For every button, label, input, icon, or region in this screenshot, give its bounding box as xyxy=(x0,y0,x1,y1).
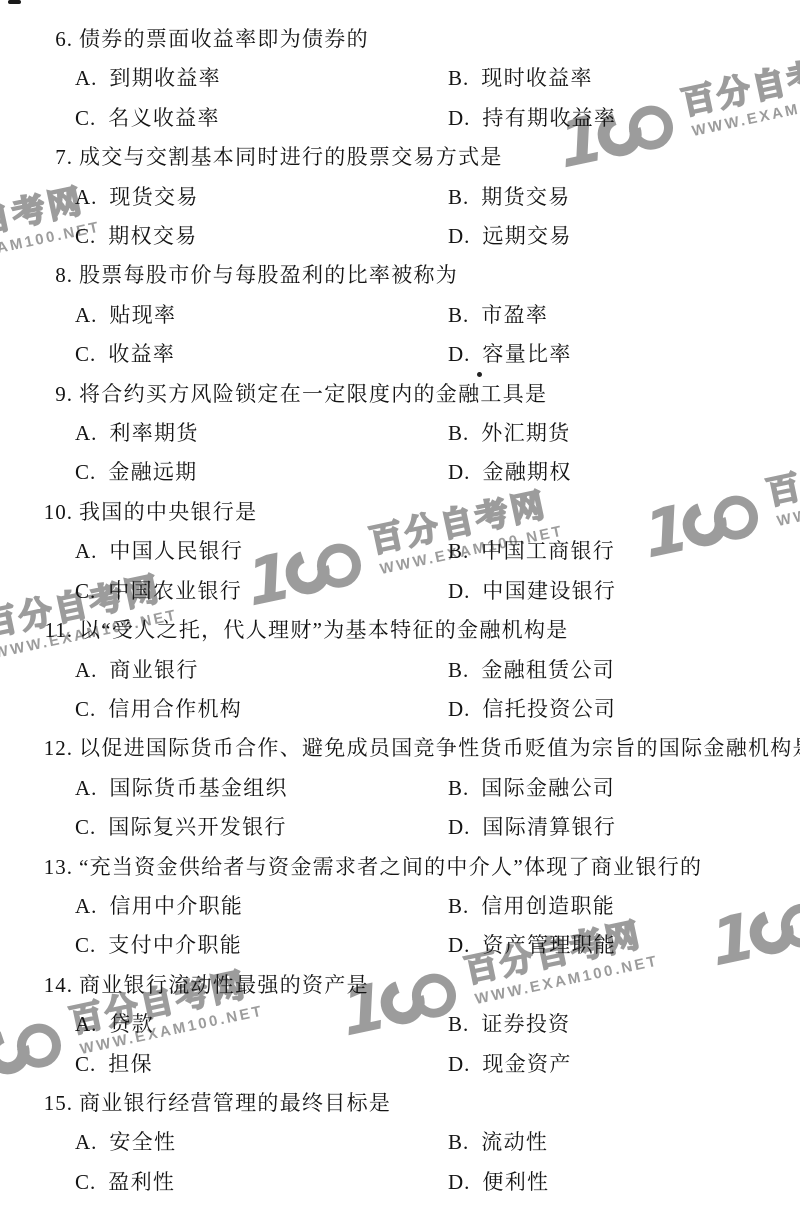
option-d: D. 便利性 xyxy=(448,1171,549,1194)
option-text: 金融期权 xyxy=(482,461,571,484)
question-stem: 以促进国际货币合作、避免成员国竞争性货币贬值为宗旨的国际金融机构是 xyxy=(79,737,800,760)
question-number: 11. xyxy=(35,619,73,642)
option-label: A. xyxy=(75,67,97,90)
option-label: A. xyxy=(75,659,97,682)
options-row-cd: C. 金融远期 D. 金融期权 xyxy=(35,461,800,484)
option-label: D. xyxy=(448,225,470,248)
option-text: 证券投资 xyxy=(481,1013,570,1036)
scan-artifact-dot xyxy=(477,372,482,377)
option-label: C. xyxy=(75,1053,96,1076)
option-d: D. 资产管理职能 xyxy=(448,934,616,957)
option-text: 贷款 xyxy=(109,1013,154,1036)
options-row-ab: A. 信用中介职能 B. 信用创造职能 xyxy=(35,895,800,918)
option-text: 信用中介职能 xyxy=(109,895,243,918)
options-row-ab: A. 中国人民银行 B. 中国工商银行 xyxy=(35,540,800,563)
options-row-cd: C. 盈利性 D. 便利性 xyxy=(35,1171,800,1194)
option-d: D. 持有期收益率 xyxy=(448,107,616,130)
question-stem: “充当资金供给者与资金需求者之间的中介人”体现了商业银行的 xyxy=(79,856,702,879)
option-b: B. 信用创造职能 xyxy=(448,895,615,918)
option-label: B. xyxy=(448,67,469,90)
question-stem: 以“受人之托，代人理财”为基本特征的金融机构是 xyxy=(79,619,569,642)
option-text: 现货交易 xyxy=(109,186,198,209)
option-a: A. 中国人民银行 xyxy=(75,540,448,563)
option-c: C. 盈利性 xyxy=(75,1171,448,1194)
option-text: 名义收益率 xyxy=(108,107,220,130)
option-text: 远期交易 xyxy=(482,225,571,248)
option-text: 到期收益率 xyxy=(109,67,221,90)
option-c: C. 中国农业银行 xyxy=(75,580,448,603)
option-b: B. 市盈率 xyxy=(448,304,548,327)
option-label: D. xyxy=(448,816,470,839)
option-label: D. xyxy=(448,1053,470,1076)
option-text: 支付中介职能 xyxy=(108,934,242,957)
question-number: 7. xyxy=(35,146,73,169)
question-stem-row: 10. 我国的中央银行是 xyxy=(35,501,800,524)
option-a: A. 到期收益率 xyxy=(75,67,448,90)
options-row-cd: C. 期权交易 D. 远期交易 xyxy=(35,225,800,248)
option-a: A. 贴现率 xyxy=(75,304,448,327)
option-label: C. xyxy=(75,934,96,957)
question-stem: 将合约买方风险锁定在一定限度内的金融工具是 xyxy=(79,383,547,406)
question-number: 8. xyxy=(35,264,73,287)
option-label: B. xyxy=(448,1131,469,1154)
exam-page: { "page": { "background": "#ffffff", "te… xyxy=(0,0,800,1215)
option-c: C. 国际复兴开发银行 xyxy=(75,816,448,839)
option-label: B. xyxy=(448,422,469,445)
question-number: 10. xyxy=(35,501,73,524)
option-label: D. xyxy=(448,107,470,130)
options-row-cd: C. 信用合作机构 D. 信托投资公司 xyxy=(35,698,800,721)
options-row-cd: C. 担保 D. 现金资产 xyxy=(35,1053,800,1076)
option-b: B. 金融租赁公司 xyxy=(448,659,615,682)
option-d: D. 远期交易 xyxy=(448,225,572,248)
question-block: 10. 我国的中央银行是 A. 中国人民银行 B. 中国工商银行 C. 中国农业… xyxy=(35,501,800,603)
option-text: 期权交易 xyxy=(108,225,197,248)
question-number: 14. xyxy=(35,974,73,997)
option-text: 便利性 xyxy=(482,1171,549,1194)
options-row-ab: A. 现货交易 B. 期货交易 xyxy=(35,186,800,209)
question-block: 8. 股票每股市价与每股盈利的比率被称为 A. 贴现率 B. 市盈率 C. 收益… xyxy=(35,264,800,366)
option-c: C. 收益率 xyxy=(75,343,448,366)
option-label: C. xyxy=(75,698,96,721)
option-label: D. xyxy=(448,461,470,484)
question-stem: 股票每股市价与每股盈利的比率被称为 xyxy=(79,264,458,287)
options-row-cd: C. 名义收益率 D. 持有期收益率 xyxy=(35,107,800,130)
option-d: D. 现金资产 xyxy=(448,1053,572,1076)
option-label: C. xyxy=(75,343,96,366)
option-label: B. xyxy=(448,186,469,209)
option-b: B. 流动性 xyxy=(448,1131,548,1154)
option-b: B. 国际金融公司 xyxy=(448,777,615,800)
option-c: C. 金融远期 xyxy=(75,461,448,484)
option-label: A. xyxy=(75,422,97,445)
option-text: 流动性 xyxy=(481,1131,548,1154)
option-label: B. xyxy=(448,659,469,682)
option-text: 信用合作机构 xyxy=(108,698,242,721)
option-text: 担保 xyxy=(108,1053,153,1076)
option-label: B. xyxy=(448,777,469,800)
scan-artifact-dash xyxy=(8,0,21,4)
option-text: 期货交易 xyxy=(481,186,570,209)
option-text: 国际清算银行 xyxy=(482,816,616,839)
option-b: B. 期货交易 xyxy=(448,186,570,209)
question-number: 15. xyxy=(35,1092,73,1115)
option-text: 收益率 xyxy=(108,343,175,366)
option-label: A. xyxy=(75,777,97,800)
question-number: 13. xyxy=(35,856,73,879)
question-block: 6. 债券的票面收益率即为债券的 A. 到期收益率 B. 现时收益率 C. 名义… xyxy=(35,28,800,130)
option-label: C. xyxy=(75,1171,96,1194)
question-block: 15. 商业银行经营管理的最终目标是 A. 安全性 B. 流动性 C. 盈利性 … xyxy=(35,1092,800,1194)
question-block: 7. 成交与交割基本同时进行的股票交易方式是 A. 现货交易 B. 期货交易 C… xyxy=(35,146,800,248)
option-text: 国际复兴开发银行 xyxy=(108,816,286,839)
question-stem: 商业银行经营管理的最终目标是 xyxy=(79,1092,391,1115)
option-text: 中国建设银行 xyxy=(482,580,616,603)
option-a: A. 安全性 xyxy=(75,1131,448,1154)
options-row-ab: A. 到期收益率 B. 现时收益率 xyxy=(35,67,800,90)
option-label: D. xyxy=(448,1171,470,1194)
option-label: C. xyxy=(75,580,96,603)
option-d: D. 国际清算银行 xyxy=(448,816,616,839)
options-row-ab: A. 国际货币基金组织 B. 国际金融公司 xyxy=(35,777,800,800)
option-label: D. xyxy=(448,698,470,721)
option-a: A. 利率期货 xyxy=(75,422,448,445)
question-stem-row: 13. “充当资金供给者与资金需求者之间的中介人”体现了商业银行的 xyxy=(35,856,800,879)
options-row-cd: C. 国际复兴开发银行 D. 国际清算银行 xyxy=(35,816,800,839)
option-text: 信用创造职能 xyxy=(481,895,615,918)
option-label: D. xyxy=(448,580,470,603)
option-label: C. xyxy=(75,461,96,484)
option-c: C. 信用合作机构 xyxy=(75,698,448,721)
option-text: 市盈率 xyxy=(481,304,548,327)
option-text: 中国人民银行 xyxy=(109,540,243,563)
option-a: A. 国际货币基金组织 xyxy=(75,777,448,800)
question-stem-row: 9. 将合约买方风险锁定在一定限度内的金融工具是 xyxy=(35,383,800,406)
option-text: 持有期收益率 xyxy=(482,107,616,130)
option-d: D. 信托投资公司 xyxy=(448,698,616,721)
question-list: 6. 债券的票面收益率即为债券的 A. 到期收益率 B. 现时收益率 C. 名义… xyxy=(0,0,800,1215)
option-label: A. xyxy=(75,1131,97,1154)
option-label: A. xyxy=(75,186,97,209)
option-text: 盈利性 xyxy=(108,1171,175,1194)
option-text: 金融租赁公司 xyxy=(481,659,615,682)
option-label: C. xyxy=(75,816,96,839)
options-row-ab: A. 贷款 B. 证券投资 xyxy=(35,1013,800,1036)
question-block: 13. “充当资金供给者与资金需求者之间的中介人”体现了商业银行的 A. 信用中… xyxy=(35,856,800,958)
question-block: 14. 商业银行流动性最强的资产是 A. 贷款 B. 证券投资 C. 担保 D.… xyxy=(35,974,800,1076)
question-stem-row: 8. 股票每股市价与每股盈利的比率被称为 xyxy=(35,264,800,287)
option-text: 外汇期货 xyxy=(481,422,570,445)
option-label: A. xyxy=(75,540,97,563)
option-a: A. 商业银行 xyxy=(75,659,448,682)
question-number: 6. xyxy=(35,28,73,51)
option-label: B. xyxy=(448,304,469,327)
option-label: D. xyxy=(448,343,470,366)
option-label: D. xyxy=(448,934,470,957)
option-label: A. xyxy=(75,895,97,918)
option-text: 信托投资公司 xyxy=(482,698,616,721)
option-label: B. xyxy=(448,895,469,918)
option-text: 容量比率 xyxy=(482,343,571,366)
question-stem: 商业银行流动性最强的资产是 xyxy=(79,974,369,997)
option-text: 资产管理职能 xyxy=(482,934,616,957)
question-stem-row: 7. 成交与交割基本同时进行的股票交易方式是 xyxy=(35,146,800,169)
option-label: B. xyxy=(448,540,469,563)
option-text: 利率期货 xyxy=(109,422,198,445)
option-text: 商业银行 xyxy=(109,659,198,682)
options-row-cd: C. 中国农业银行 D. 中国建设银行 xyxy=(35,580,800,603)
question-stem: 成交与交割基本同时进行的股票交易方式是 xyxy=(79,146,503,169)
option-text: 中国工商银行 xyxy=(481,540,615,563)
option-text: 国际金融公司 xyxy=(481,777,615,800)
question-stem: 债券的票面收益率即为债券的 xyxy=(79,28,369,51)
option-label: C. xyxy=(75,107,96,130)
option-b: B. 现时收益率 xyxy=(448,67,593,90)
question-stem-row: 6. 债券的票面收益率即为债券的 xyxy=(35,28,800,51)
question-block: 12. 以促进国际货币合作、避免成员国竞争性货币贬值为宗旨的国际金融机构是 A.… xyxy=(35,737,800,839)
options-row-cd: C. 收益率 D. 容量比率 xyxy=(35,343,800,366)
option-b: B. 外汇期货 xyxy=(448,422,570,445)
option-b: B. 证券投资 xyxy=(448,1013,570,1036)
option-d: D. 金融期权 xyxy=(448,461,572,484)
options-row-ab: A. 安全性 B. 流动性 xyxy=(35,1131,800,1154)
option-label: A. xyxy=(75,1013,97,1036)
option-text: 中国农业银行 xyxy=(108,580,242,603)
question-number: 12. xyxy=(35,737,73,760)
option-label: B. xyxy=(448,1013,469,1036)
question-stem-row: 15. 商业银行经营管理的最终目标是 xyxy=(35,1092,800,1115)
option-a: A. 现货交易 xyxy=(75,186,448,209)
options-row-ab: A. 贴现率 B. 市盈率 xyxy=(35,304,800,327)
option-label: C. xyxy=(75,225,96,248)
option-c: C. 担保 xyxy=(75,1053,448,1076)
option-text: 金融远期 xyxy=(108,461,197,484)
option-b: B. 中国工商银行 xyxy=(448,540,615,563)
question-number: 9. xyxy=(35,383,73,406)
option-c: C. 名义收益率 xyxy=(75,107,448,130)
option-text: 国际货币基金组织 xyxy=(109,777,287,800)
question-stem: 我国的中央银行是 xyxy=(79,501,257,524)
question-stem-row: 11. 以“受人之托，代人理财”为基本特征的金融机构是 xyxy=(35,619,800,642)
option-text: 安全性 xyxy=(109,1131,176,1154)
question-stem-row: 12. 以促进国际货币合作、避免成员国竞争性货币贬值为宗旨的国际金融机构是 xyxy=(35,737,800,760)
option-c: C. 期权交易 xyxy=(75,225,448,248)
option-a: A. 信用中介职能 xyxy=(75,895,448,918)
question-block: 11. 以“受人之托，代人理财”为基本特征的金融机构是 A. 商业银行 B. 金… xyxy=(35,619,800,721)
option-c: C. 支付中介职能 xyxy=(75,934,448,957)
option-text: 现时收益率 xyxy=(481,67,593,90)
option-a: A. 贷款 xyxy=(75,1013,448,1036)
option-d: D. 容量比率 xyxy=(448,343,572,366)
option-label: A. xyxy=(75,304,97,327)
option-text: 现金资产 xyxy=(482,1053,571,1076)
option-text: 贴现率 xyxy=(109,304,176,327)
options-row-ab: A. 商业银行 B. 金融租赁公司 xyxy=(35,659,800,682)
question-block: 9. 将合约买方风险锁定在一定限度内的金融工具是 A. 利率期货 B. 外汇期货… xyxy=(35,383,800,485)
options-row-cd: C. 支付中介职能 D. 资产管理职能 xyxy=(35,934,800,957)
option-d: D. 中国建设银行 xyxy=(448,580,616,603)
question-stem-row: 14. 商业银行流动性最强的资产是 xyxy=(35,974,800,997)
options-row-ab: A. 利率期货 B. 外汇期货 xyxy=(35,422,800,445)
